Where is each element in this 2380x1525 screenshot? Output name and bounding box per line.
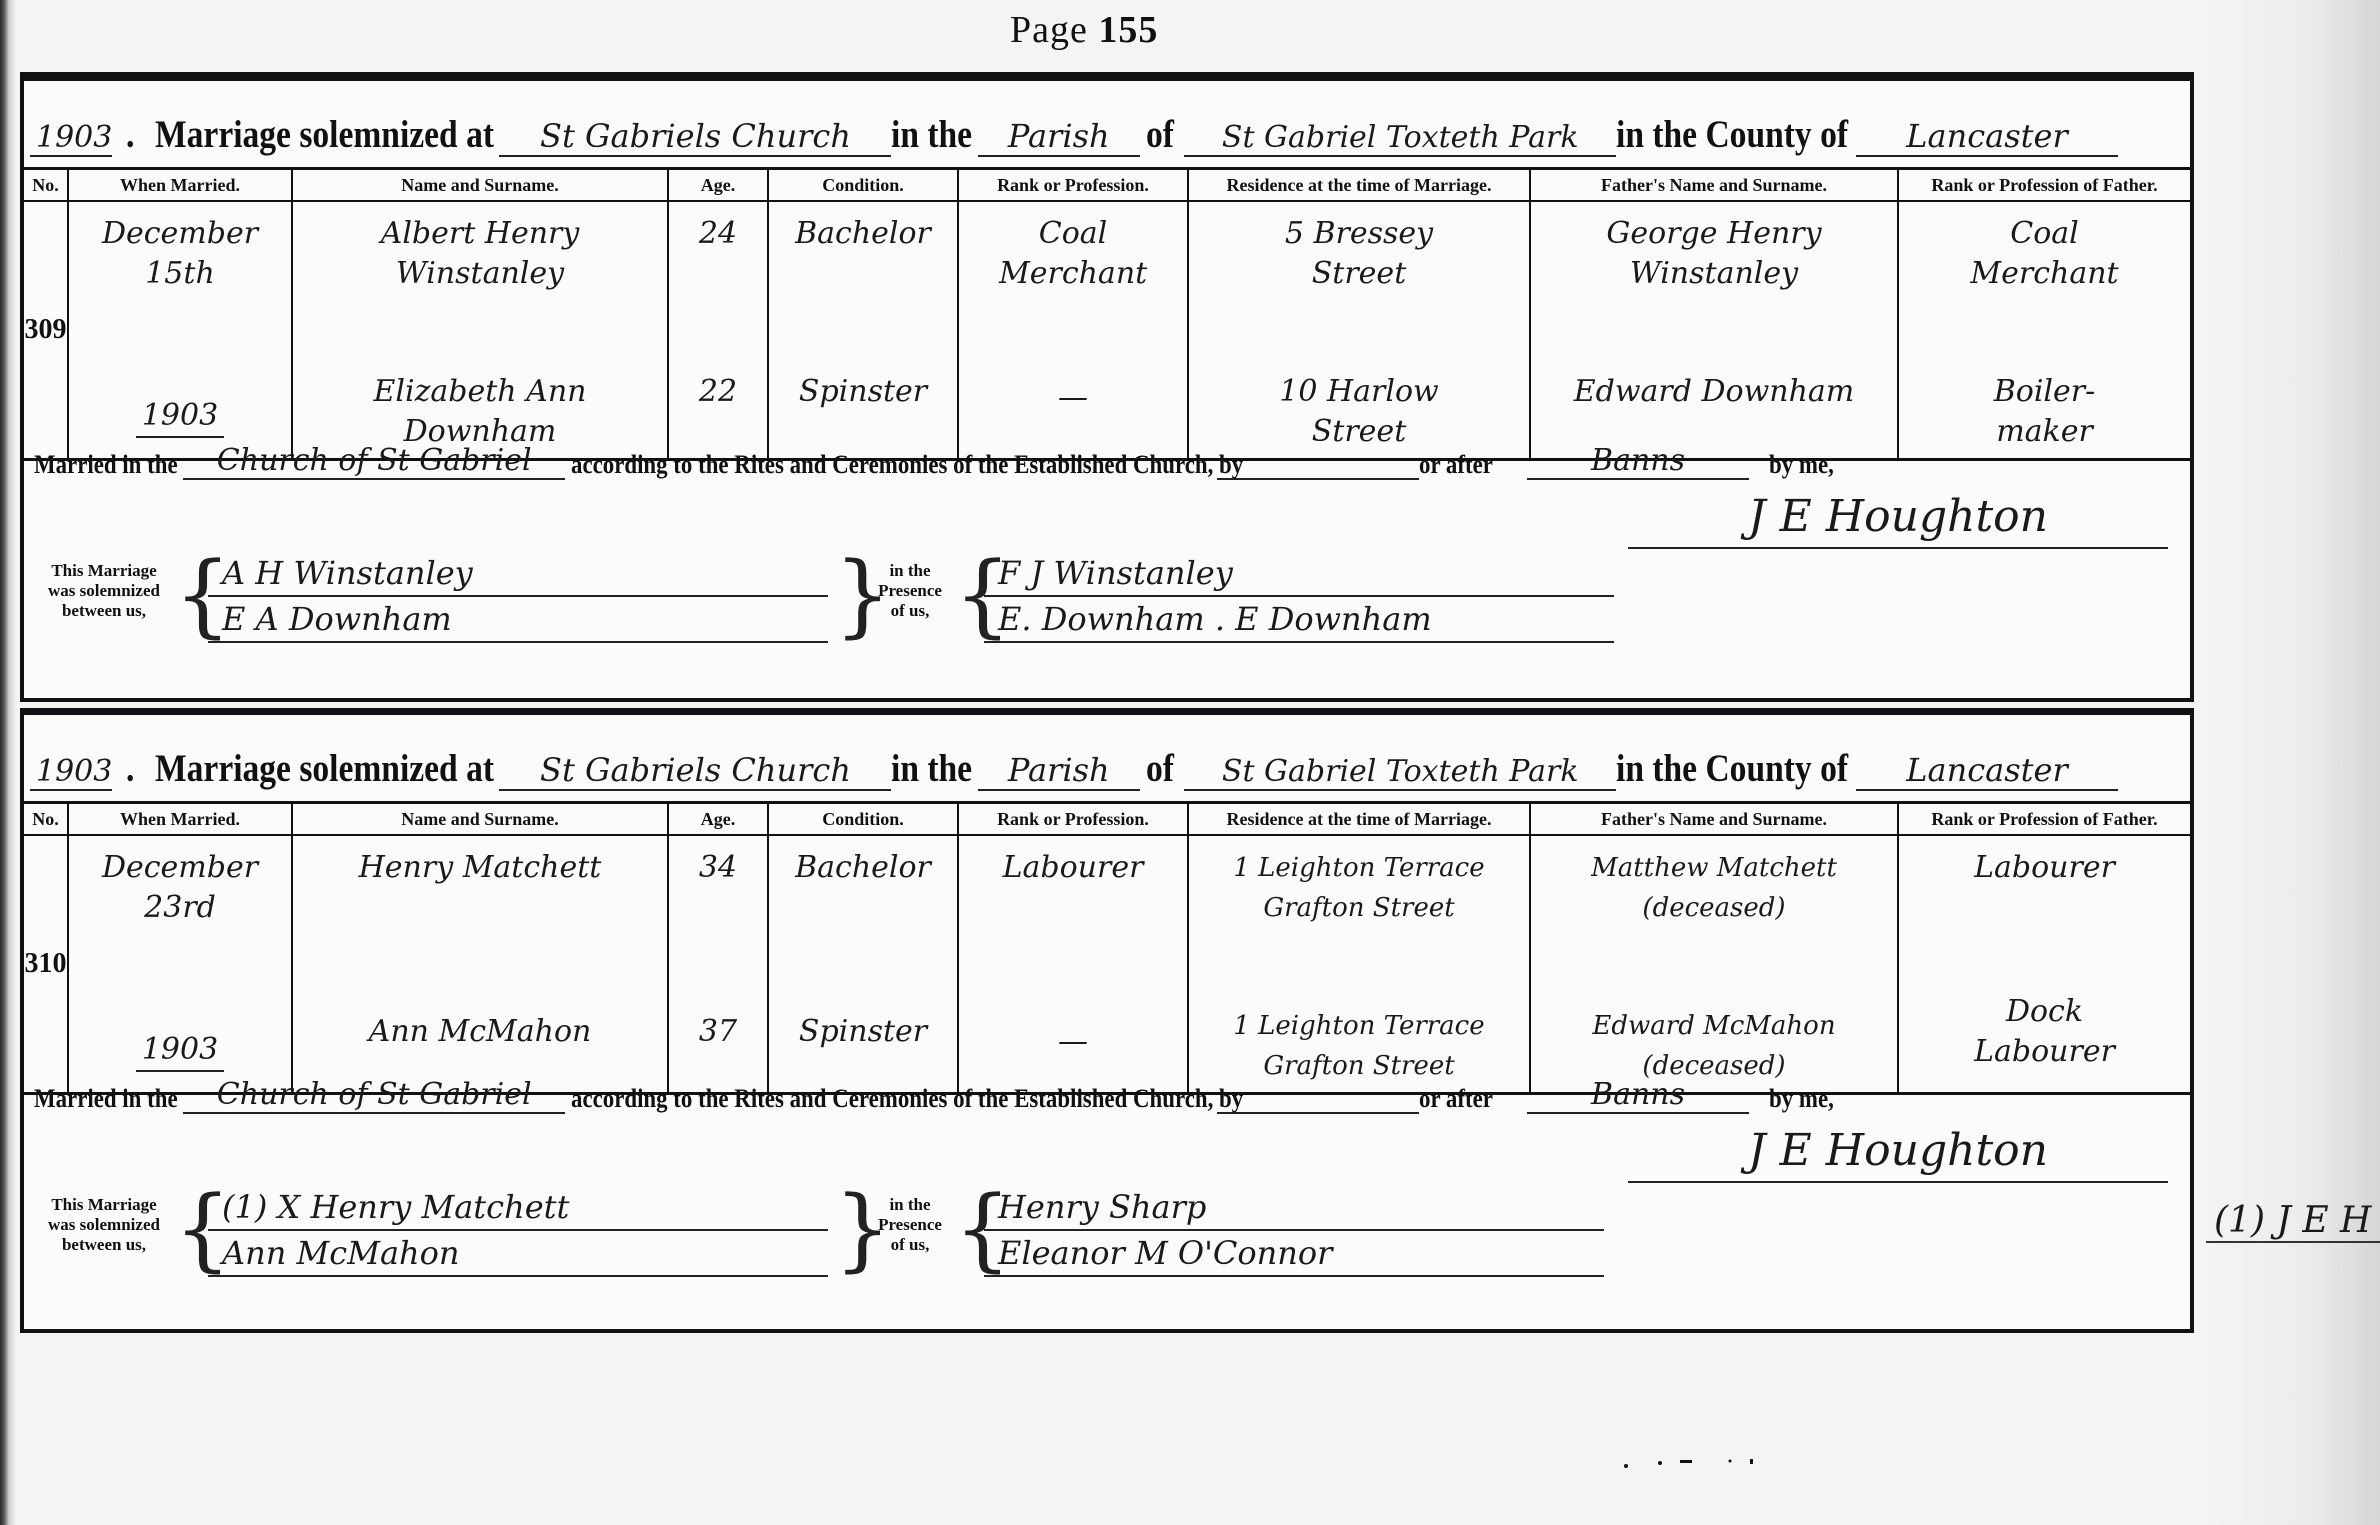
table-header-row: No. When Married. Name and Surname. Age.… (24, 803, 2190, 836)
witness-signatures: Henry Sharp Eleanor M O'Connor (984, 1185, 1604, 1277)
marriage-date: December 15th (69, 214, 291, 294)
groom-residence: 1 Leighton Terrace Grafton Street (1189, 848, 1529, 928)
witness-2-signature: E. Downham . E Downham (984, 597, 1614, 643)
page-label: Page (1010, 9, 1088, 51)
groom-condition: Bachelor (769, 848, 957, 888)
table-row: 310 December 23rd 1903 Henry Matchett An… (24, 835, 2190, 1094)
groom-profession: Coal Merchant (959, 214, 1187, 294)
title-prefix: Marriage solemnized at (155, 112, 494, 157)
married-in-label: Married in the (34, 450, 178, 480)
between-us-label: This Marriage was solemnized between us, (34, 561, 174, 621)
between-label-2: was solemnized (34, 1215, 174, 1235)
bride-name: Elizabeth Ann Downham (293, 372, 667, 452)
entry-title-line: 1903 . Marriage solemnized at St Gabriel… (30, 729, 2184, 791)
groom-residence: 5 Bressey Street (1189, 214, 1529, 294)
signature-block: J E Houghton This Marriage was solemnize… (34, 1185, 2178, 1325)
by-me-label: by me, (1769, 450, 1834, 480)
groom-father-profession: Coal Merchant (1899, 214, 2190, 294)
entry-number: 310 (24, 836, 67, 1092)
col-when-married: When Married. (68, 803, 292, 836)
between-us-label: This Marriage was solemnized between us, (34, 1195, 174, 1255)
between-label-2: was solemnized (34, 581, 174, 601)
according-to-label: according to the Rites and Ceremonies of… (571, 450, 1243, 480)
marriage-day: 23rd (69, 888, 291, 928)
married-in-line: Married in the Church of St Gabriel acco… (34, 1077, 2178, 1114)
officiant-signature: J E Houghton (1628, 491, 2168, 549)
bride-profession: — (959, 378, 1187, 418)
county-label: in the County of (1616, 112, 1848, 157)
presence-label-1: in the (860, 1195, 960, 1215)
witness-signatures: F J Winstanley E. Downham . E Downham (984, 551, 1614, 643)
marriage-entry-310: 1903 . Marriage solemnized at St Gabriel… (20, 708, 2194, 1333)
groom-signature: (1) X Henry Matchett (208, 1185, 828, 1231)
witness-1-signature: Henry Sharp (984, 1185, 1604, 1231)
bride-father-profession: Dock Labourer (1899, 992, 2190, 1072)
groom-age: 24 (669, 214, 767, 254)
col-no: No. (24, 803, 68, 836)
entry-year: 1903 (30, 754, 112, 791)
marriage-month: December (69, 848, 291, 888)
col-when-married: When Married. (68, 169, 292, 202)
in-the-label: in the (891, 746, 972, 791)
by-license-value (1217, 1112, 1419, 1114)
page-number-value: 155 (1098, 9, 1158, 51)
married-in-value: Church of St Gabriel (183, 443, 565, 480)
parish-name: St Gabriel Toxteth Park (1184, 120, 1616, 157)
groom-signature: A H Winstanley (208, 551, 828, 597)
bride-age: 37 (669, 1012, 767, 1052)
col-condition: Condition. (768, 169, 958, 202)
marriage-entry-309: 1903 . Marriage solemnized at St Gabriel… (20, 72, 2194, 702)
church-name: St Gabriels Church (499, 117, 891, 157)
register-table: No. When Married. Name and Surname. Age.… (24, 167, 2190, 461)
married-in-line: Married in the Church of St Gabriel acco… (34, 443, 2178, 480)
party-signatures: (1) X Henry Matchett Ann McMahon (208, 1185, 828, 1277)
entry-year: 1903 (30, 120, 112, 157)
bride-condition: Spinster (769, 372, 957, 412)
parish-name: St Gabriel Toxteth Park (1184, 754, 1616, 791)
between-label-3: between us, (34, 601, 174, 621)
between-label-1: This Marriage (34, 1195, 174, 1215)
of-label: of (1146, 112, 1174, 157)
bride-signature: E A Downham (208, 597, 828, 643)
groom-name: Henry Matchett (293, 848, 667, 888)
or-after-value: Banns (1527, 443, 1749, 480)
table-row: 309 December 15th 1903 Albert Henry Wins… (24, 201, 2190, 460)
col-condition: Condition. (768, 803, 958, 836)
by-license-value (1217, 478, 1419, 480)
county-name: Lancaster (1856, 751, 2118, 791)
marriage-month: December (69, 214, 291, 254)
district-type: Parish (978, 751, 1140, 791)
col-name: Name and Surname. (292, 169, 668, 202)
married-in-label: Married in the (34, 1084, 178, 1114)
groom-condition: Bachelor (769, 214, 957, 254)
presence-label-2: Presence (860, 1215, 960, 1235)
col-age: Age. (668, 169, 768, 202)
title-prefix: Marriage solemnized at (155, 746, 494, 791)
by-me-label: by me, (1769, 1084, 1834, 1114)
witness-2-signature: Eleanor M O'Connor (984, 1231, 1604, 1277)
bride-residence: 10 Harlow Street (1189, 372, 1529, 452)
presence-label-3: of us, (860, 601, 960, 621)
according-to-label: according to the Rites and Ceremonies of… (571, 1084, 1243, 1114)
col-name: Name and Surname. (292, 803, 668, 836)
col-profession: Rank or Profession. (958, 803, 1188, 836)
marriage-year: 1903 (136, 396, 224, 438)
col-residence: Residence at the time of Marriage. (1188, 803, 1530, 836)
col-no: No. (24, 169, 68, 202)
signature-block: J E Houghton This Marriage was solemnize… (34, 551, 2178, 691)
entry-title-line: 1903 . Marriage solemnized at St Gabriel… (30, 95, 2184, 157)
presence-label-3: of us, (860, 1235, 960, 1255)
page-right-margin (2200, 0, 2380, 1525)
bride-residence: 1 Leighton Terrace Grafton Street (1189, 1006, 1529, 1086)
bride-signature: Ann McMahon (208, 1231, 828, 1277)
col-father-name: Father's Name and Surname. (1530, 169, 1898, 202)
col-father-profession: Rank or Profession of Father. (1898, 169, 2190, 202)
register-table: No. When Married. Name and Surname. Age.… (24, 801, 2190, 1095)
bride-name: Ann McMahon (293, 1012, 667, 1052)
between-label-3: between us, (34, 1235, 174, 1255)
or-after-label: or after (1419, 1084, 1493, 1114)
or-after-value: Banns (1527, 1077, 1749, 1114)
county-label: in the County of (1616, 746, 1848, 791)
marriage-date: December 23rd (69, 848, 291, 928)
groom-profession: Labourer (959, 848, 1187, 888)
bride-age: 22 (669, 372, 767, 412)
officiant-signature: J E Houghton (1628, 1125, 2168, 1183)
groom-age: 34 (669, 848, 767, 888)
bride-father-name: Edward McMahon (deceased) (1531, 1006, 1897, 1086)
bride-condition: Spinster (769, 1012, 957, 1052)
marriage-day: 15th (69, 254, 291, 294)
witness-1-signature: F J Winstanley (984, 551, 1614, 597)
party-signatures: A H Winstanley E A Downham (208, 551, 828, 643)
table-header-row: No. When Married. Name and Surname. Age.… (24, 169, 2190, 202)
or-after-label: or after (1419, 450, 1493, 480)
col-residence: Residence at the time of Marriage. (1188, 169, 1530, 202)
margin-note: (1) J E H (2206, 1200, 2380, 1243)
page-number: Page 155 (1010, 8, 1158, 52)
presence-label: in the Presence of us, (860, 561, 960, 621)
of-label: of (1146, 746, 1174, 791)
presence-label-2: Presence (860, 581, 960, 601)
bride-father-profession: Boiler-maker (1899, 372, 2190, 452)
col-age: Age. (668, 803, 768, 836)
col-profession: Rank or Profession. (958, 169, 1188, 202)
page-binding-edge (0, 0, 16, 1525)
county-name: Lancaster (1856, 117, 2118, 157)
groom-name: Albert Henry Winstanley (293, 214, 667, 294)
presence-label: in the Presence of us, (860, 1195, 960, 1255)
marriage-year: 1903 (136, 1030, 224, 1072)
ink-specks (1620, 1458, 1860, 1468)
married-in-value: Church of St Gabriel (183, 1077, 565, 1114)
bride-father-name: Edward Downham (1531, 372, 1897, 412)
col-father-name: Father's Name and Surname. (1530, 803, 1898, 836)
district-type: Parish (978, 117, 1140, 157)
groom-father-profession: Labourer (1899, 848, 2190, 888)
in-the-label: in the (891, 112, 972, 157)
groom-father-name: George Henry Winstanley (1531, 214, 1897, 294)
groom-father-name: Matthew Matchett (deceased) (1531, 848, 1897, 928)
between-label-1: This Marriage (34, 561, 174, 581)
presence-label-1: in the (860, 561, 960, 581)
church-name: St Gabriels Church (499, 751, 891, 791)
bride-profession: — (959, 1022, 1187, 1062)
col-father-profession: Rank or Profession of Father. (1898, 803, 2190, 836)
entry-number: 309 (24, 202, 67, 458)
